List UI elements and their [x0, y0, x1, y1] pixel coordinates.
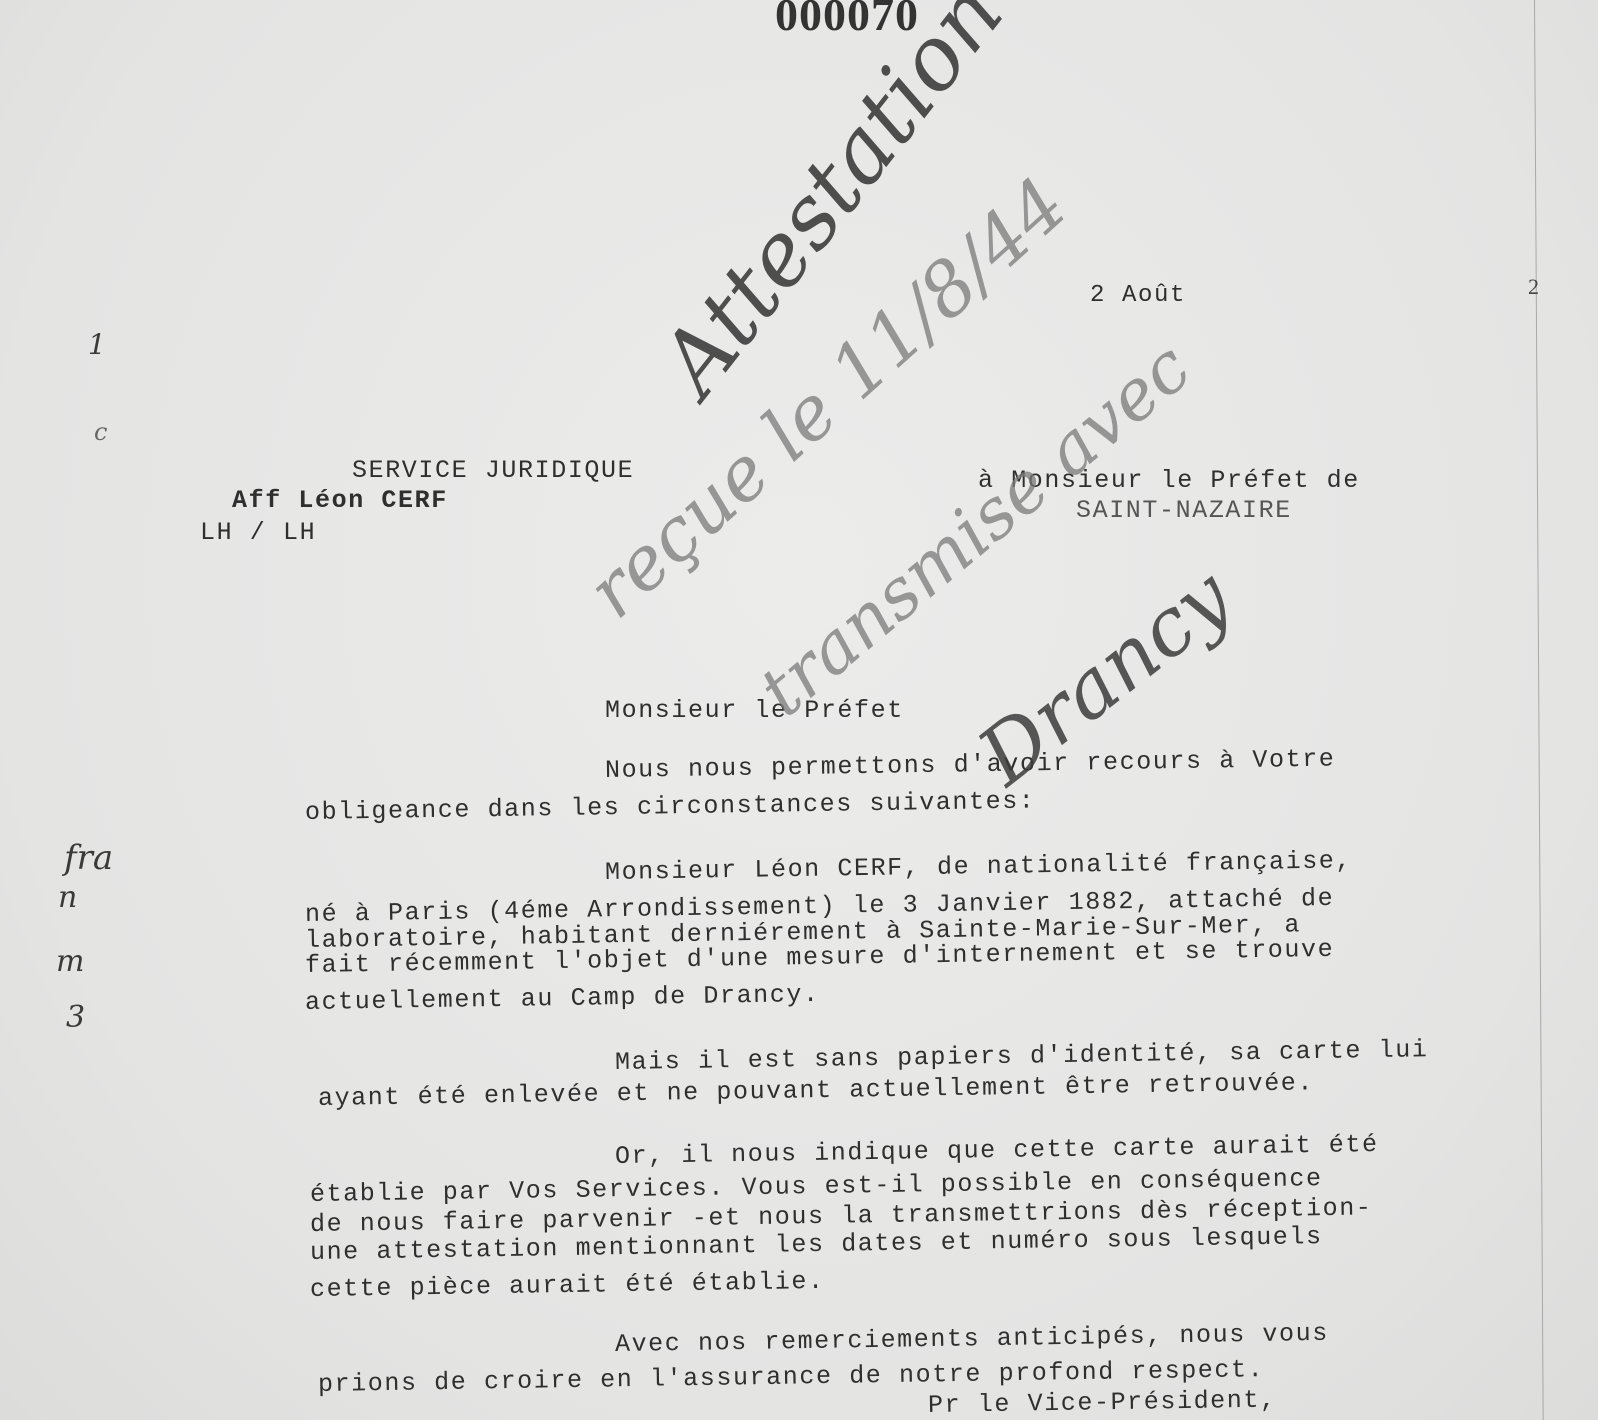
margin-note-bottom-1: fra [64, 838, 113, 878]
sender-reference: LH / LH [200, 520, 316, 545]
margin-note-top-2: c [94, 418, 107, 446]
margin-note-bottom-3: m [56, 944, 84, 979]
margin-note-top-1: 1 [88, 328, 106, 361]
page-number: 2 [1528, 274, 1539, 300]
letter-date: 2 Août [1090, 284, 1186, 308]
margin-note-bottom-4: 3 [66, 1000, 85, 1035]
paragraph-4-line-1: Or, il nous indique que cette carte aura… [615, 1132, 1379, 1169]
paragraph-2-line-5: actuellement au Camp de Drancy. [305, 982, 820, 1015]
scanned-letter-page: 000070 2 2 Août SERVICE JURIDIQUE Aff Lé… [0, 0, 1598, 1420]
closing-signature-line: Pr le Vice-Président, [928, 1388, 1277, 1418]
sender-affair: Aff Léon CERF [232, 488, 448, 513]
paragraph-5-line-1: Avec nos remerciements anticipés, nous v… [615, 1321, 1329, 1357]
salutation: Monsieur le Préfet [605, 698, 904, 723]
paragraph-1-line-2: obligeance dans les circonstances suivan… [305, 789, 1036, 825]
paragraph-3-line-2: ayant été enlevée et ne pouvant actuelle… [318, 1070, 1314, 1111]
sender-department: SERVICE JURIDIQUE [352, 458, 634, 483]
recipient-line-2: SAINT-NAZAIRE [1076, 498, 1292, 523]
margin-note-bottom-2: n [58, 880, 77, 915]
paragraph-1-line-1: Nous nous permettons d'avoir recours à V… [605, 747, 1336, 783]
page-edge-line [1534, 0, 1544, 1420]
paragraph-2-line-1: Monsieur Léon CERF, de nationalité franç… [605, 848, 1352, 885]
paragraph-4-line-5: cette pièce aurait été établie. [310, 1269, 825, 1302]
